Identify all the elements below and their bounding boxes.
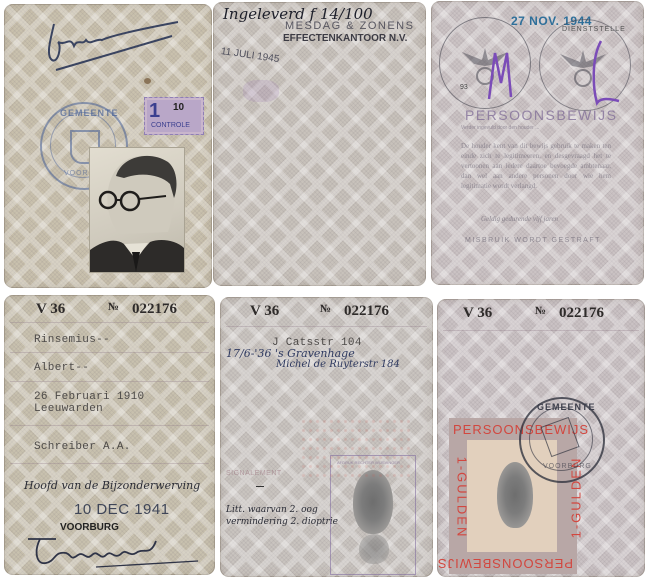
panel-photo-page: signature (Rinsemius) 1 10 CONTROLE GEME… [4,4,212,288]
official-title: Hoofd van de Bijzonderwerving [24,479,200,492]
panel-address-fingerprint: V 36 № 022176 J Catsstr 104 17/6-'36 's … [220,297,433,577]
revenue-stamp-title-bottom: PERSOONSBEWIJS [453,556,573,571]
company-stamp-line1: MESDAG & ZONENS [285,20,414,32]
handwritten-note-2: vermindering 2. dioptrie [226,517,338,527]
series-code: V 36 [250,303,279,320]
validity-line: Geldig gedurende vijf jaren [481,215,558,223]
handwritten-address-2: Michel de Ruyterstr 184 [276,359,400,370]
stamp-number: 93 [460,84,468,91]
fingerprint-icon [497,462,533,528]
misuse-warning: MISBRUIK WORDT GESTRAFT [465,237,601,244]
red-offset-speckle [300,417,410,477]
stamp-bottom-text: VOORBURG [543,463,592,470]
card-number: 022176 [344,303,389,320]
handwritten-note-1: Litt. waarvan 2. oog [226,505,318,515]
stamp-right-text: DIENSTSTELLE [562,26,626,33]
stamp-top-text: GEMEENTE [537,402,596,412]
card-number: 022176 [132,301,177,318]
card-number: 022176 [559,305,604,322]
violet-initials-mark [481,39,631,109]
dash-mark [256,486,264,487]
holder-signature [40,16,190,76]
signalement-label: SIGNALEMENT [226,470,282,477]
card-instructions: De houder kent van dit bewijs gebruik te… [461,141,611,191]
tax-stamp-value: 1 [149,100,160,123]
given-name-value: Albert-- [34,362,89,374]
security-pattern [213,2,426,286]
tax-stamp: 1 10 CONTROLE [144,97,204,135]
panel-cover-page: 27 NOV. 1944 93 Der Militärbefehlshaber … [431,1,644,285]
tax-stamp-number: 10 [173,102,184,113]
birth-date-value: 26 Februari 1910 [34,391,144,403]
revenue-stamp-value-left: 1-GULDEN [454,457,469,539]
surname-value: Rinsemius-- [34,334,110,346]
birth-place-value: Leeuwarden [34,403,103,415]
number-label: № [535,305,546,317]
card-subtitle: Verder ingevuld door den houder ... [461,125,539,131]
issue-date-stamp: 10 DEC 1941 [74,501,170,518]
issued-by-value: Schreiber A.A. [34,441,131,453]
stain-mark [144,78,151,84]
fingerprint-partial-icon [359,534,389,564]
holder-photo: Portrait photo of holder wearing round g… [90,148,184,272]
municipal-stamp: GEMEENTE VOORBURG [519,397,605,483]
fingerprint-icon [353,470,393,534]
official-signature [26,531,206,573]
number-label: № [320,303,331,315]
faded-violet-mark [243,80,279,102]
company-stamp-line2: EFFECTENKANTOOR N.V. [283,33,407,44]
panel-revenue-stamp: V 36 № 022176 PERSOONSBEWIJS PERSOONSBEW… [437,299,645,577]
stamp-top-text: GEMEENTE [60,108,119,118]
card-title: PERSOONSBEWIJS [465,107,617,123]
panel-personal-data: V 36 № 022176 Rinsemius-- Albert-- 26 Fe… [4,295,215,575]
series-code: V 36 [463,305,492,322]
tax-stamp-label: CONTROLE [151,122,190,129]
panel-mesdag-page: Ingeleverd f 14/100 MESDAG & ZONENS EFFE… [213,2,426,286]
